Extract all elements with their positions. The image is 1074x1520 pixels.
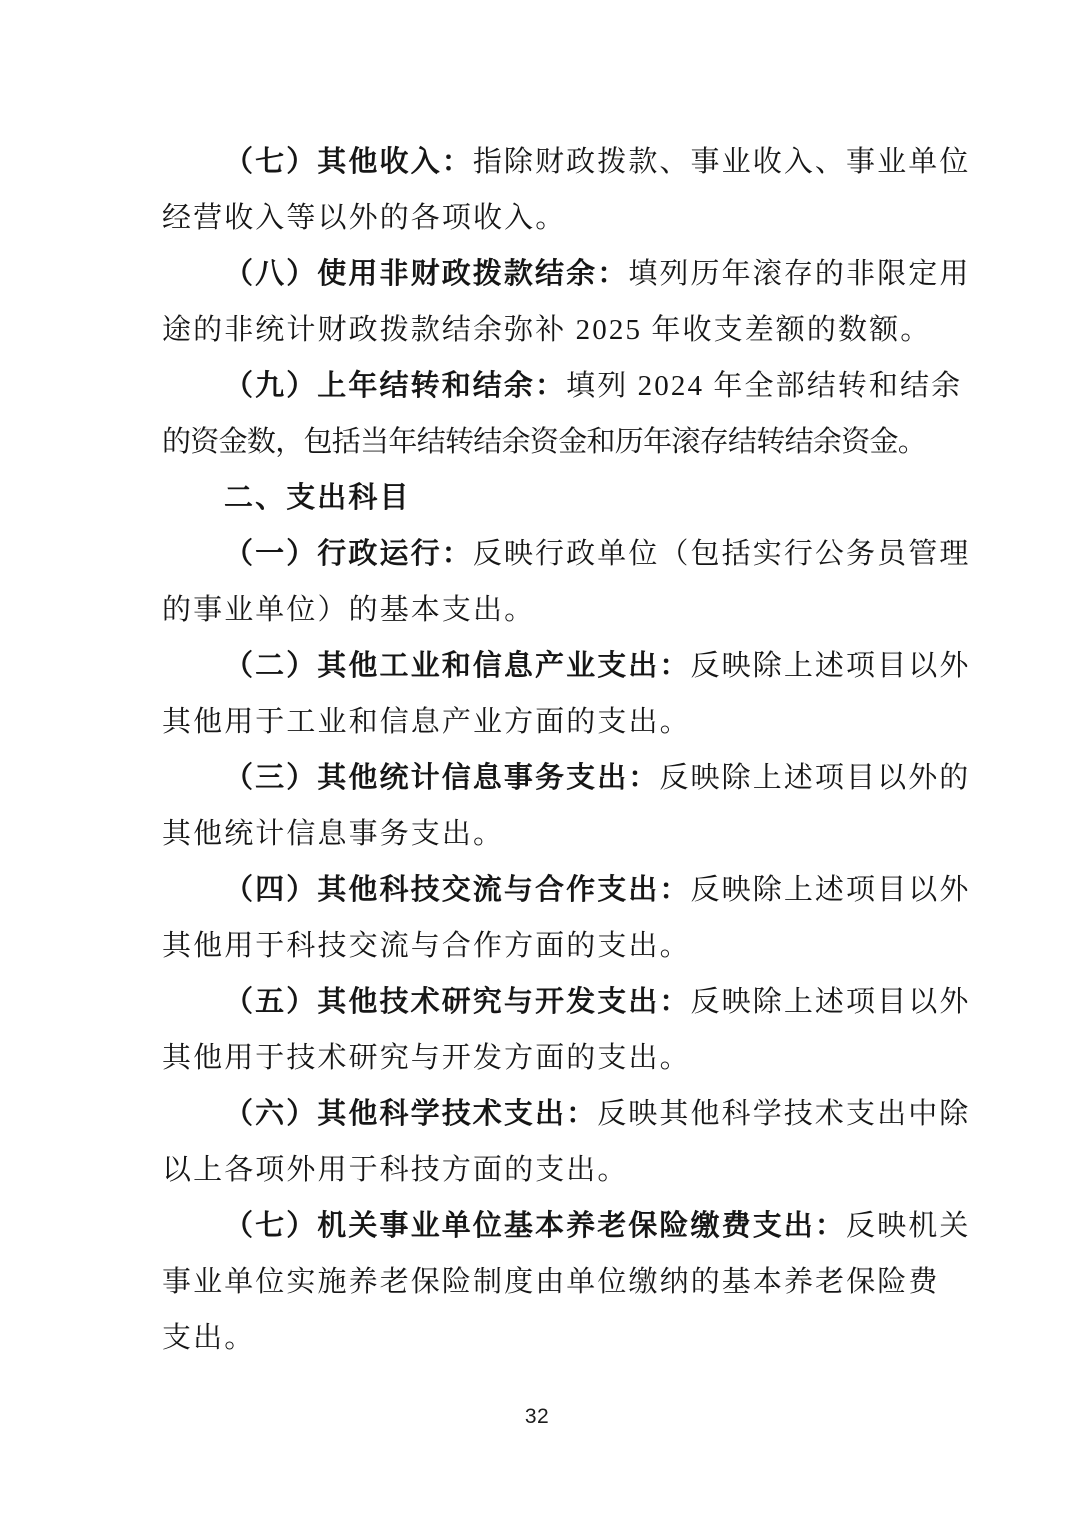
text-line: （三）其他统计信息事务支出：反映除上述项目以外的 [162,750,914,806]
para-prior-year-carryover-and-balance: （九）上年结转和结余：填列 2024 年全部结转和结余的资金数，包括当年结转结余… [162,358,914,470]
text-line: 事业单位实施养老保险制度由单位缴纳的基本养老保险费 [162,1254,914,1310]
bold-text-run: （一）行政运行： [224,538,473,570]
para-basic-pension-insurance-contribution-expenditure: （七）机关事业单位基本养老保险缴费支出：反映机关事业单位实施养老保险制度由单位缴… [162,1198,914,1366]
text-line: 支出。 [162,1310,914,1366]
text-run: 反映除上述项目以外的 [659,762,970,794]
text-line: 其他用于工业和信息产业方面的支出。 [162,694,914,750]
text-line: （八）使用非财政拨款结余：填列历年滚存的非限定用 [162,246,914,302]
text-run: 其他统计信息事务支出。 [162,818,504,850]
bold-text-run: （九）上年结转和结余： [224,370,566,402]
text-run: 以上各项外用于科技方面的支出。 [162,1154,629,1186]
document-body: （七）其他收入：指除财政拨款、事业收入、事业单位经营收入等以外的各项收入。（八）… [162,134,914,1366]
text-line: （四）其他科技交流与合作支出：反映除上述项目以外 [162,862,914,918]
text-line: 经营收入等以外的各项收入。 [162,190,914,246]
text-run: 支出。 [162,1322,255,1354]
text-line: 其他用于科技交流与合作方面的支出。 [162,918,914,974]
para-other-income: （七）其他收入：指除财政拨款、事业收入、事业单位经营收入等以外的各项收入。 [162,134,914,246]
text-line: 其他统计信息事务支出。 [162,806,914,862]
text-line: 二、支出科目 [162,470,914,526]
bold-text-run: （四）其他科技交流与合作支出： [224,874,691,906]
para-administrative-operation: （一）行政运行：反映行政单位（包括实行公务员管理的事业单位）的基本支出。 [162,526,914,638]
bold-text-run: 二、支出科目 [224,482,411,514]
bold-text-run: （三）其他统计信息事务支出： [224,762,659,794]
text-line: （一）行政运行：反映行政单位（包括实行公务员管理 [162,526,914,582]
text-line: 其他用于技术研究与开发方面的支出。 [162,1030,914,1086]
text-line: （二）其他工业和信息产业支出：反映除上述项目以外 [162,638,914,694]
heading-expenditure-subjects: 二、支出科目 [162,470,914,526]
text-line: 以上各项外用于科技方面的支出。 [162,1142,914,1198]
para-other-statistical-information-affairs-expenditure: （三）其他统计信息事务支出：反映除上述项目以外的其他统计信息事务支出。 [162,750,914,862]
text-line: （七）其他收入：指除财政拨款、事业收入、事业单位 [162,134,914,190]
para-use-of-non-fiscal-appropriation-balance: （八）使用非财政拨款结余：填列历年滚存的非限定用途的非统计财政拨款结余弥补 20… [162,246,914,358]
text-run: 反映除上述项目以外 [691,874,971,906]
document-page: （七）其他收入：指除财政拨款、事业收入、事业单位经营收入等以外的各项收入。（八）… [0,0,1074,1520]
bold-text-run: （八）使用非财政拨款结余： [224,258,628,290]
text-line: 的事业单位）的基本支出。 [162,582,914,638]
text-run: 其他用于工业和信息产业方面的支出。 [162,706,691,738]
text-run: 事业单位实施养老保险制度由单位缴纳的基本养老保险费 [162,1266,940,1298]
bold-text-run: （七）机关事业单位基本养老保险缴费支出： [224,1210,846,1242]
text-line: 途的非统计财政拨款结余弥补 2025 年收支差额的数额。 [162,302,914,358]
para-other-science-technology-expenditure: （六）其他科学技术支出：反映其他科学技术支出中除以上各项外用于科技方面的支出。 [162,1086,914,1198]
text-run: 的资金数，包括当年结转结余资金和历年滚存结转结余资金。 [162,426,926,458]
text-run: 反映除上述项目以外 [691,650,971,682]
bold-text-run: （七）其他收入： [224,146,473,178]
text-run: 其他用于科技交流与合作方面的支出。 [162,930,691,962]
text-run: 反映机关 [846,1210,970,1242]
text-run: 其他用于技术研究与开发方面的支出。 [162,1042,691,1074]
text-run: 经营收入等以外的各项收入。 [162,202,566,234]
bold-text-run: （五）其他技术研究与开发支出： [224,986,691,1018]
text-run: 指除财政拨款、事业收入、事业单位 [473,146,971,178]
para-other-scitech-exchange-cooperation-expenditure: （四）其他科技交流与合作支出：反映除上述项目以外其他用于科技交流与合作方面的支出… [162,862,914,974]
text-run: 反映除上述项目以外 [691,986,971,1018]
page-number: 32 [0,1405,1074,1429]
text-run: 填列历年滚存的非限定用 [628,258,970,290]
bold-text-run: （二）其他工业和信息产业支出： [224,650,691,682]
text-line: 的资金数，包括当年结转结余资金和历年滚存结转结余资金。 [162,414,914,470]
para-other-industry-information-expenditure: （二）其他工业和信息产业支出：反映除上述项目以外其他用于工业和信息产业方面的支出… [162,638,914,750]
text-run: 途的非统计财政拨款结余弥补 2025 年收支差额的数额。 [162,314,931,346]
text-line: （九）上年结转和结余：填列 2024 年全部结转和结余 [162,358,914,414]
text-run: 的事业单位）的基本支出。 [162,594,535,626]
text-run: 反映其他科学技术支出中除 [597,1098,970,1130]
text-run: 反映行政单位（包括实行公务员管理 [473,538,971,570]
text-run: 填列 2024 年全部结转和结余 [566,370,962,402]
text-line: （五）其他技术研究与开发支出：反映除上述项目以外 [162,974,914,1030]
bold-text-run: （六）其他科学技术支出： [224,1098,597,1130]
text-line: （七）机关事业单位基本养老保险缴费支出：反映机关 [162,1198,914,1254]
text-line: （六）其他科学技术支出：反映其他科学技术支出中除 [162,1086,914,1142]
para-other-technology-research-development-expenditure: （五）其他技术研究与开发支出：反映除上述项目以外其他用于技术研究与开发方面的支出… [162,974,914,1086]
